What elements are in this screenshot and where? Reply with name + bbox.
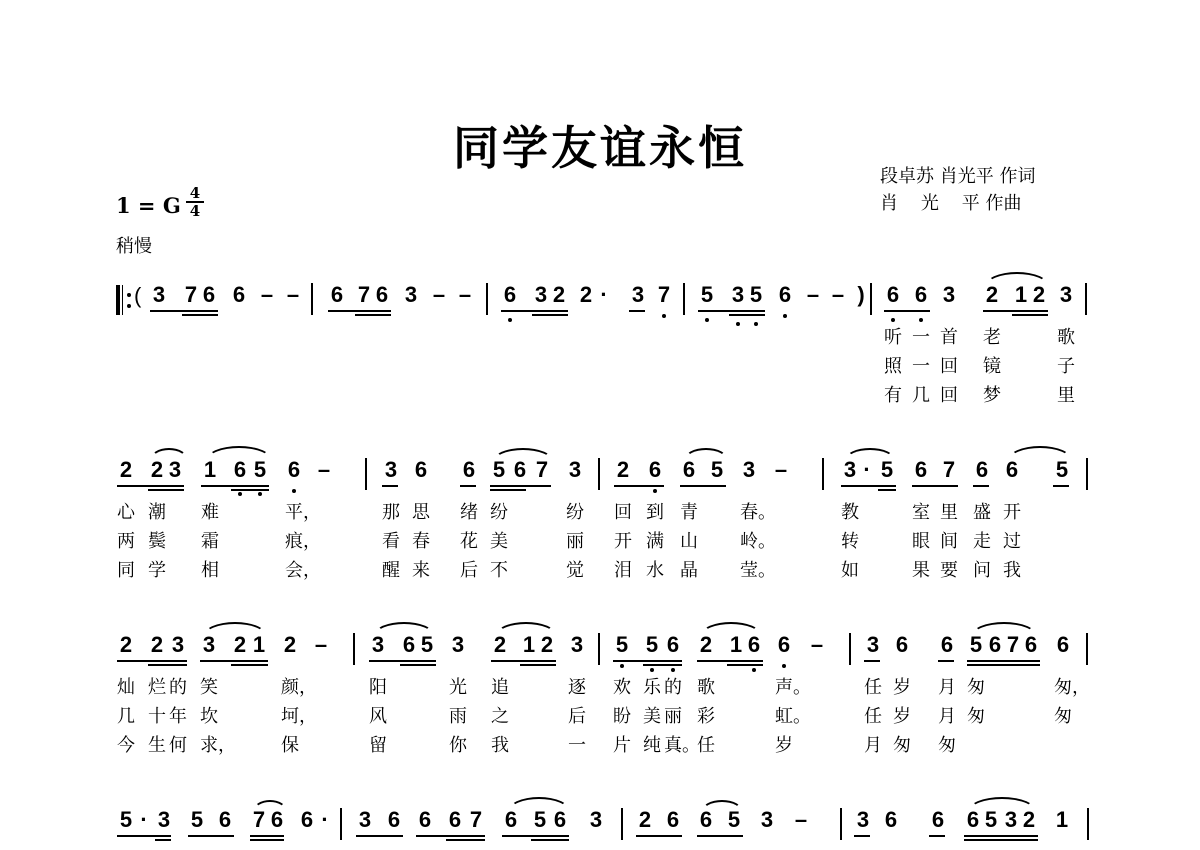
note: 6 <box>1054 633 1072 657</box>
dot-augmentation: · <box>858 458 876 482</box>
note: 2 <box>577 283 595 307</box>
lyric-char: 匆 <box>965 706 987 728</box>
lyric-char: 坎 <box>198 706 220 728</box>
note: 2 <box>538 633 556 657</box>
lyric-char: 难 <box>199 502 221 524</box>
lyric-char: 歌 <box>1055 327 1077 349</box>
lyric-char: 纯 <box>641 735 663 757</box>
eighth-beam <box>967 660 1040 662</box>
sixteenth-beam <box>531 839 569 841</box>
lyric-char: 阳 <box>367 677 389 699</box>
note: 6 <box>551 808 569 832</box>
slur <box>1008 446 1072 460</box>
lyric-char: 青 <box>678 502 700 524</box>
barline <box>1086 633 1088 665</box>
note: 6 <box>912 283 930 307</box>
lyric-char: 匆 <box>936 735 958 757</box>
lyric-char: 同 <box>115 560 137 582</box>
lyric-char: ， <box>301 531 323 553</box>
eighth-beam <box>938 660 954 662</box>
lyric-char: 笑 <box>198 677 220 699</box>
note: 5 <box>117 808 135 832</box>
lyric-char: 醒 <box>380 560 402 582</box>
eighth-beam <box>117 485 184 487</box>
staff-system-4: 5·356766·36667656326653–36665321 <box>0 810 1200 850</box>
lyric-char: 歌 <box>695 677 717 699</box>
lyric-char: ， <box>216 735 238 757</box>
note: 3 <box>729 283 747 307</box>
lyric-char: 开 <box>612 531 634 553</box>
note: 3 <box>629 283 647 307</box>
eighth-beam <box>201 485 269 487</box>
note: 7 <box>250 808 268 832</box>
eighth-beam <box>200 660 268 662</box>
lyric-char: 里 <box>938 502 960 524</box>
note: 6 <box>884 283 902 307</box>
lyric-char: 的 <box>167 677 189 699</box>
slur <box>701 800 743 812</box>
lyric-char: 转 <box>839 531 861 553</box>
note: 2 <box>697 633 715 657</box>
close-parenthesis: ) <box>852 283 870 307</box>
lyric-char: 山 <box>678 531 700 553</box>
eighth-beam <box>150 310 218 312</box>
lyric-char: 过 <box>1001 531 1023 553</box>
note: 3 <box>169 633 187 657</box>
dash-sustain: – <box>430 283 448 307</box>
eighth-beam <box>502 835 569 837</box>
note: 6 <box>929 808 947 832</box>
slur <box>971 622 1037 636</box>
lyric-char: 那 <box>380 502 402 524</box>
eighth-beam <box>416 835 485 837</box>
note: 7 <box>467 808 485 832</box>
sixteenth-beam <box>155 839 171 841</box>
eighth-beam <box>613 660 682 662</box>
lyric-char: 丽 <box>662 706 684 728</box>
repeat-dot-upper <box>127 293 131 297</box>
note: 5 <box>613 633 631 657</box>
dot-augmentation: · <box>135 808 153 832</box>
lyric-char: 鬓 <box>146 531 168 553</box>
eighth-beam <box>964 835 1038 837</box>
note: 1 <box>201 458 219 482</box>
note: 2 <box>550 283 568 307</box>
sixteenth-beam <box>967 664 1040 666</box>
lyric-char: 几 <box>115 706 137 728</box>
eighth-beam <box>854 835 870 837</box>
open-parenthesis: ( <box>134 283 141 309</box>
note: 3 <box>402 283 420 307</box>
lyric-char: 盛 <box>971 502 993 524</box>
lyric-char: 月 <box>936 677 958 699</box>
lyric-char: 欢 <box>611 677 633 699</box>
lyric-char: 霜 <box>199 531 221 553</box>
lyric-char: 岁 <box>891 706 913 728</box>
note: 2 <box>983 283 1001 307</box>
barline <box>598 633 600 665</box>
dash-sustain: – <box>312 633 330 657</box>
barline <box>822 458 824 490</box>
eighth-beam <box>491 660 556 662</box>
lyric-char: 走 <box>971 531 993 553</box>
lyric-char: 风 <box>367 706 389 728</box>
note: 7 <box>533 458 551 482</box>
note: 7 <box>1004 633 1022 657</box>
note: 6 <box>412 458 430 482</box>
lyric-char: 烂 <box>146 677 168 699</box>
barline <box>486 283 488 315</box>
note: 3 <box>841 458 859 482</box>
lyric-char: 满 <box>644 531 666 553</box>
lyric-char: 片 <box>611 735 633 757</box>
note: 2 <box>148 633 166 657</box>
note: 2 <box>231 633 249 657</box>
note: 6 <box>268 808 286 832</box>
composer-credit: 肖 光 平 作曲 <box>880 189 1022 215</box>
note: 7 <box>655 283 673 307</box>
eighth-beam <box>460 485 476 487</box>
lyric-char: 心 <box>115 502 137 524</box>
dash-sustain: – <box>792 808 810 832</box>
note: 6 <box>973 458 991 482</box>
eighth-beam <box>884 310 930 312</box>
lyric-char: 。 <box>756 531 778 553</box>
note: 3 <box>155 808 173 832</box>
lyric-char: ， <box>297 677 319 699</box>
lyric-char: 留 <box>367 735 389 757</box>
note: 6 <box>912 458 930 482</box>
note: 2 <box>148 458 166 482</box>
note: 6 <box>893 633 911 657</box>
note: 2 <box>614 458 632 482</box>
low-octave-dot <box>258 492 262 496</box>
note: 6 <box>964 808 982 832</box>
barline <box>1086 458 1088 490</box>
lyric-char: 保 <box>279 735 301 757</box>
time-signature: 4 4 <box>186 186 204 218</box>
note: 7 <box>182 283 200 307</box>
eighth-beam <box>973 485 989 487</box>
note: 3 <box>587 808 605 832</box>
lyric-char: 眼 <box>910 531 932 553</box>
time-signature-bottom: 4 <box>186 204 204 218</box>
low-octave-dot <box>736 322 740 326</box>
note: 3 <box>200 633 218 657</box>
low-octave-dot <box>919 318 923 322</box>
slur <box>985 272 1049 286</box>
lyric-char: 纷 <box>564 502 586 524</box>
note: 6 <box>230 283 248 307</box>
lyric-char: 晶 <box>678 560 700 582</box>
lyric-char: ， <box>1070 677 1092 699</box>
note: 6 <box>285 458 303 482</box>
barline <box>598 458 600 490</box>
barline <box>1087 808 1089 840</box>
note: 5 <box>708 458 726 482</box>
note: 6 <box>385 808 403 832</box>
note: 1 <box>250 633 268 657</box>
note: 2 <box>281 633 299 657</box>
lyric-char: 问 <box>971 560 993 582</box>
low-octave-dot <box>653 489 657 493</box>
note: 3 <box>1002 808 1020 832</box>
lyric-char: 之 <box>489 706 511 728</box>
lyric-char: 来 <box>410 560 432 582</box>
eighth-beam <box>697 835 743 837</box>
lyric-char: ， <box>301 560 323 582</box>
note: 3 <box>566 458 584 482</box>
lyric-char: 回 <box>938 385 960 407</box>
note: 1 <box>727 633 745 657</box>
note: 6 <box>298 808 316 832</box>
lyric-char: 听 <box>882 327 904 349</box>
lyric-char: 间 <box>938 531 960 553</box>
note: 2 <box>1030 283 1048 307</box>
note: 6 <box>646 458 664 482</box>
eighth-beam <box>929 835 945 837</box>
eighth-beam <box>501 310 568 312</box>
lyric-char: 一 <box>566 735 588 757</box>
lyric-char: 任 <box>695 735 717 757</box>
note: 6 <box>745 633 763 657</box>
note: 5 <box>643 633 661 657</box>
lyric-char: 光 <box>447 677 469 699</box>
note: 5 <box>878 458 896 482</box>
lyric-char: 开 <box>1001 502 1023 524</box>
lyric-char: 匆 <box>965 677 987 699</box>
slur <box>701 622 761 635</box>
sixteenth-beam <box>231 664 268 666</box>
note: 3 <box>150 283 168 307</box>
slur <box>496 622 556 635</box>
key-signature: 1 = G <box>116 193 181 218</box>
lyric-char: 如 <box>839 560 861 582</box>
note: 3 <box>449 633 467 657</box>
eighth-beam <box>369 660 436 662</box>
note: 6 <box>502 808 520 832</box>
lyric-char: 子 <box>1055 356 1077 378</box>
note: 5 <box>188 808 206 832</box>
eighth-beam <box>698 310 765 312</box>
barline <box>683 283 685 315</box>
lyric-char: 两 <box>115 531 137 553</box>
dash-sustain: – <box>258 283 276 307</box>
note: 6 <box>216 808 234 832</box>
lyric-char: 一 <box>910 356 932 378</box>
eighth-beam <box>1053 485 1069 487</box>
barline <box>340 808 342 840</box>
barline <box>849 633 851 665</box>
lyric-char: 彩 <box>695 706 717 728</box>
note: 2 <box>117 633 135 657</box>
low-octave-dot <box>891 318 895 322</box>
note: 3 <box>1057 283 1075 307</box>
sixteenth-beam <box>878 489 896 491</box>
note: 7 <box>940 458 958 482</box>
note: 3 <box>568 633 586 657</box>
dash-sustain: – <box>772 458 790 482</box>
note: 6 <box>664 808 682 832</box>
sixteenth-beam <box>250 839 284 841</box>
lyric-char: 雨 <box>447 706 469 728</box>
slur <box>968 797 1036 811</box>
low-octave-dot <box>705 318 709 322</box>
sixteenth-beam <box>643 664 682 666</box>
lyric-char: 首 <box>938 327 960 349</box>
lyric-char: 教 <box>839 502 861 524</box>
sixteenth-beam <box>446 839 485 841</box>
staff-system-1: 3766––6763––6322·375356––)6632123 <box>0 285 1200 415</box>
barline <box>365 458 367 490</box>
low-octave-dot <box>671 668 675 672</box>
lyric-char: 。 <box>756 502 778 524</box>
dash-sustain: – <box>808 633 826 657</box>
lyric-char: 水 <box>644 560 666 582</box>
note: 5 <box>967 633 985 657</box>
note: 6 <box>400 633 418 657</box>
lyric-char: 室 <box>910 502 932 524</box>
eighth-beam <box>117 660 187 662</box>
eighth-beam <box>250 835 284 837</box>
sixteenth-beam <box>520 664 556 666</box>
lyric-char: 美 <box>488 531 510 553</box>
lyric-char: 梦 <box>981 385 1003 407</box>
note: 1 <box>1053 808 1071 832</box>
lyric-char: 相 <box>199 560 221 582</box>
barline <box>840 808 842 840</box>
eighth-beam <box>983 310 1048 312</box>
slur <box>684 448 728 460</box>
eighth-beam <box>680 485 726 487</box>
low-octave-dot <box>754 322 758 326</box>
note: 2 <box>636 808 654 832</box>
eighth-beam <box>328 310 391 312</box>
eighth-beam <box>841 485 896 487</box>
note: 2 <box>117 458 135 482</box>
lyric-char: 学 <box>146 560 168 582</box>
low-octave-dot <box>650 668 654 672</box>
note: 6 <box>664 633 682 657</box>
low-octave-dot <box>752 668 756 672</box>
note: 6 <box>986 633 1004 657</box>
lyric-char: 绪 <box>458 502 480 524</box>
lyric-char: 追 <box>489 677 511 699</box>
eighth-beam <box>117 835 171 837</box>
lyric-char: 逐 <box>566 677 588 699</box>
sixteenth-beam <box>148 489 184 491</box>
barline <box>621 808 623 840</box>
note: 3 <box>532 283 550 307</box>
slur <box>206 446 272 460</box>
lyric-char: 年 <box>167 706 189 728</box>
lyric-char: 后 <box>458 560 480 582</box>
time-signature-top: 4 <box>186 186 204 200</box>
slur <box>374 622 434 635</box>
slur <box>508 797 570 811</box>
slur <box>150 448 188 460</box>
note: 3 <box>356 808 374 832</box>
note: 3 <box>740 458 758 482</box>
repeat-start-thin-barline <box>122 285 123 315</box>
note: 6 <box>501 283 519 307</box>
lyric-char: 匆 <box>891 735 913 757</box>
note: 5 <box>982 808 1000 832</box>
eighth-beam <box>356 835 403 837</box>
lyric-char: 泪 <box>612 560 634 582</box>
low-octave-dot <box>782 664 786 668</box>
note: 6 <box>776 283 794 307</box>
note: 7 <box>355 283 373 307</box>
note: 1 <box>520 633 538 657</box>
lyric-char: 乐 <box>641 677 663 699</box>
dash-sustain: – <box>829 283 847 307</box>
note: 3 <box>166 458 184 482</box>
note: 3 <box>369 633 387 657</box>
note: 2 <box>491 633 509 657</box>
lyricist-credit: 段卓苏 肖光平 作词 <box>880 162 1035 188</box>
note: 6 <box>680 458 698 482</box>
lyric-char: 任 <box>862 677 884 699</box>
sixteenth-beam <box>729 314 765 316</box>
note: 6 <box>460 458 478 482</box>
lyric-char: 岁 <box>891 677 913 699</box>
low-octave-dot <box>662 314 666 318</box>
note: 6 <box>416 808 434 832</box>
note: 5 <box>1053 458 1071 482</box>
note: 6 <box>1022 633 1040 657</box>
dash-sustain: – <box>804 283 822 307</box>
lyric-char: 到 <box>644 502 666 524</box>
lyric-char: 月 <box>936 706 958 728</box>
lyric-char: 几 <box>910 385 932 407</box>
lyric-char: 纷 <box>488 502 510 524</box>
lyric-char: 岁 <box>773 735 795 757</box>
eighth-beam <box>490 485 551 487</box>
lyric-char: 丽 <box>564 531 586 553</box>
note: 3 <box>382 458 400 482</box>
barline <box>311 283 313 315</box>
note: 6 <box>328 283 346 307</box>
barline <box>1085 283 1087 315</box>
lyric-char: 盼 <box>611 706 633 728</box>
lyric-char: 。 <box>791 706 813 728</box>
eighth-beam <box>614 485 664 487</box>
low-octave-dot <box>783 314 787 318</box>
eighth-beam <box>636 835 682 837</box>
lyric-char: 觉 <box>564 560 586 582</box>
lyric-char: 有 <box>882 385 904 407</box>
lyric-char: 看 <box>380 531 402 553</box>
dash-sustain: – <box>456 283 474 307</box>
lyric-char: 思 <box>410 502 432 524</box>
low-octave-dot <box>292 489 296 493</box>
sixteenth-beam <box>964 839 1038 841</box>
slur <box>203 622 267 636</box>
lyric-char: 后 <box>566 706 588 728</box>
dash-sustain: – <box>284 283 302 307</box>
sixteenth-beam <box>148 664 187 666</box>
repeat-start-thick-barline <box>116 285 120 315</box>
slur <box>845 448 895 460</box>
sixteenth-beam <box>355 314 391 316</box>
sixteenth-beam <box>490 489 526 491</box>
low-octave-dot <box>620 664 624 668</box>
repeat-dot-lower <box>127 304 131 308</box>
lyric-char: 。 <box>756 560 778 582</box>
lyric-char: 今 <box>115 735 137 757</box>
dash-sustain: – <box>315 458 333 482</box>
